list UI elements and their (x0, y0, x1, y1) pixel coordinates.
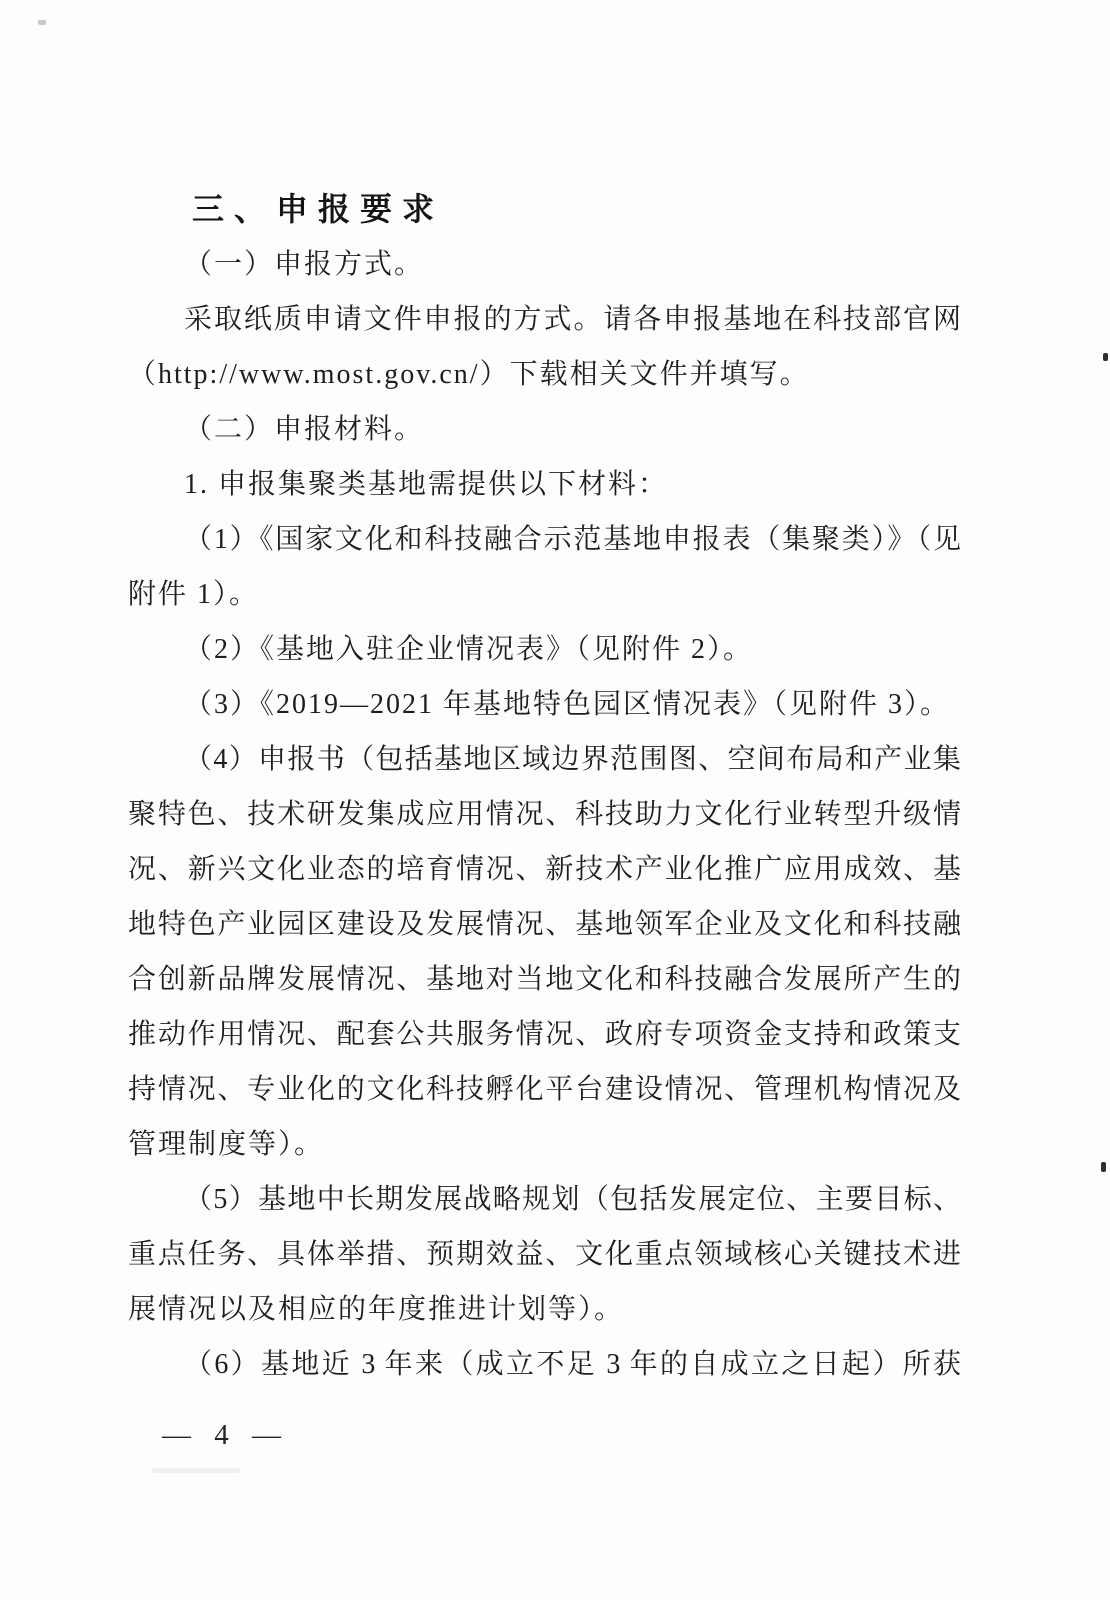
scanned-document-page: 三、申报要求 （一）申报方式。 采取纸质申请文件申报的方式。请各申报基地在科技部… (0, 0, 1110, 1600)
doc-line-item-6: （6）基地近 3 年来（成立不足 3 年的自成立之日起）所获 (128, 1337, 961, 1392)
doc-line: 聚特色、技术研发集成应用情况、科技助力文化行业转型升级情 (128, 787, 961, 842)
doc-line: 地特色产业园区建设及发展情况、基地领军企业及文化和科技融 (128, 897, 961, 952)
doc-line: 管理制度等）。 (128, 1117, 961, 1172)
doc-line-item-5: （5）基地中长期发展战略规划（包括发展定位、主要目标、 (128, 1172, 961, 1227)
doc-line: 合创新品牌发展情况、基地对当地文化和科技融合发展所产生的 (128, 952, 961, 1007)
scan-smudge-artifact (152, 1468, 240, 1473)
doc-line: 况、新兴文化业态的培育情况、新技术产业化推广应用成效、基 (128, 842, 961, 897)
doc-line-item-2: （2）《基地入驻企业情况表》（见附件 2）。 (128, 622, 961, 677)
doc-line-item-4: （4）申报书（包括基地区域边界范围图、空间布局和产业集 (128, 732, 961, 787)
doc-line-url: （http://www.most.gov.cn/）下载相关文件并填写。 (128, 347, 961, 402)
scan-speck-artifact (38, 20, 46, 25)
subsection-2-heading: （二）申报材料。 (128, 402, 961, 457)
document-body: 三、申报要求 （一）申报方式。 采取纸质申请文件申报的方式。请各申报基地在科技部… (128, 182, 961, 1392)
subsection-1-heading: （一）申报方式。 (128, 237, 961, 292)
page-number: — 4 — (162, 1418, 283, 1452)
doc-line-item-3: （3）《2019—2021 年基地特色园区情况表》（见附件 3）。 (128, 677, 961, 732)
doc-line: 重点任务、具体举措、预期效益、文化重点领域核心关键技术进 (128, 1227, 961, 1282)
doc-line: 推动作用情况、配套公共服务情况、政府专项资金支持和政策支 (128, 1007, 961, 1062)
doc-line-item-1: （1）《国家文化和科技融合示范基地申报表（集聚类）》（见 (128, 512, 961, 567)
doc-line: 采取纸质申请文件申报的方式。请各申报基地在科技部官网 (128, 292, 961, 347)
scan-speck-artifact (1101, 1162, 1106, 1172)
doc-line: 附件 1）。 (128, 567, 961, 622)
list-item-1-heading: 1. 申报集聚类基地需提供以下材料： (128, 457, 961, 512)
scan-speck-artifact (1103, 353, 1108, 361)
doc-line: 持情况、专业化的文化科技孵化平台建设情况、管理机构情况及 (128, 1062, 961, 1117)
doc-line: 展情况以及相应的年度推进计划等）。 (128, 1282, 961, 1337)
section-heading: 三、申报要求 (128, 182, 961, 237)
